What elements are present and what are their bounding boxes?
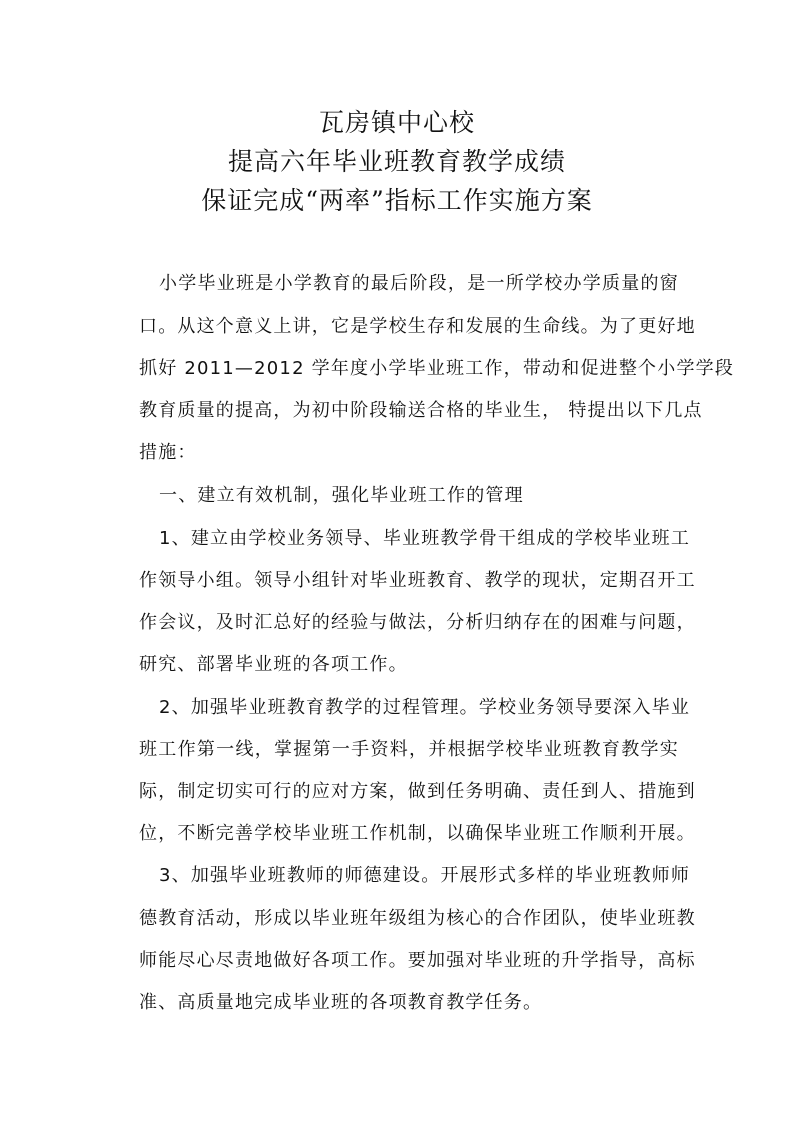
paragraph-line: 位，不断完善学校毕业班工作机制，以确保毕业班工作顺利开展。 <box>139 822 679 846</box>
paragraph-line: 作领导小组。领导小组针对毕业班教育、教学的现状，定期召开工 <box>139 569 679 593</box>
paragraph-line: 班工作第一线，掌握第一手资料，并根据学校毕业班教育教学实 <box>139 738 679 762</box>
paragraph-line: 3、加强毕业班教师的师德建设。开展形式多样的毕业班教师师 <box>159 864 679 888</box>
paragraph-line: 措施： <box>139 441 679 465</box>
paragraph-line: 小学毕业班是小学教育的最后阶段，是一所学校办学质量的窗 <box>159 272 679 296</box>
title-school-name: 瓦房镇中心校 <box>0 108 794 138</box>
paragraph-line: 抓好 2011—2012 学年度小学毕业班工作，带动和促进整个小学学段 <box>139 357 679 381</box>
title-subtitle: 提高六年毕业班教育教学成绩 <box>0 147 794 177</box>
paragraph-line: 准、高质量地完成毕业班的各项教育教学任务。 <box>139 991 679 1015</box>
paragraph-line: 际，制定切实可行的应对方案，做到任务明确、责任到人、措施到 <box>139 780 679 804</box>
paragraph-line: 2、加强毕业班教育教学的过程管理。学校业务领导要深入毕业 <box>159 696 679 720</box>
paragraph-line: 教育质量的提高，为初中阶段输送合格的毕业生， 特提出以下几点 <box>139 399 679 423</box>
title-plan-name: 保证完成“两率”指标工作实施方案 <box>0 186 794 216</box>
paragraph-line: 口。从这个意义上讲，它是学校生存和发展的生命线。为了更好地 <box>139 315 679 339</box>
section-heading-1: 一、建立有效机制，强化毕业班工作的管理 <box>159 484 679 508</box>
paragraph-line: 师能尽心尽责地做好各项工作。要加强对毕业班的升学指导，高标 <box>139 949 679 973</box>
document-page: 瓦房镇中心校 提高六年毕业班教育教学成绩 保证完成“两率”指标工作实施方案 小学… <box>0 0 794 1123</box>
paragraph-line: 德教育活动，形成以毕业班年级组为核心的合作团队，使毕业班教 <box>139 907 679 931</box>
paragraph-line: 研究、部署毕业班的各项工作。 <box>139 653 679 677</box>
paragraph-line: 作会议，及时汇总好的经验与做法，分析归纳存在的困难与问题， <box>139 611 679 635</box>
paragraph-line: 1、建立由学校业务领导、毕业班教学骨干组成的学校毕业班工 <box>159 527 679 551</box>
